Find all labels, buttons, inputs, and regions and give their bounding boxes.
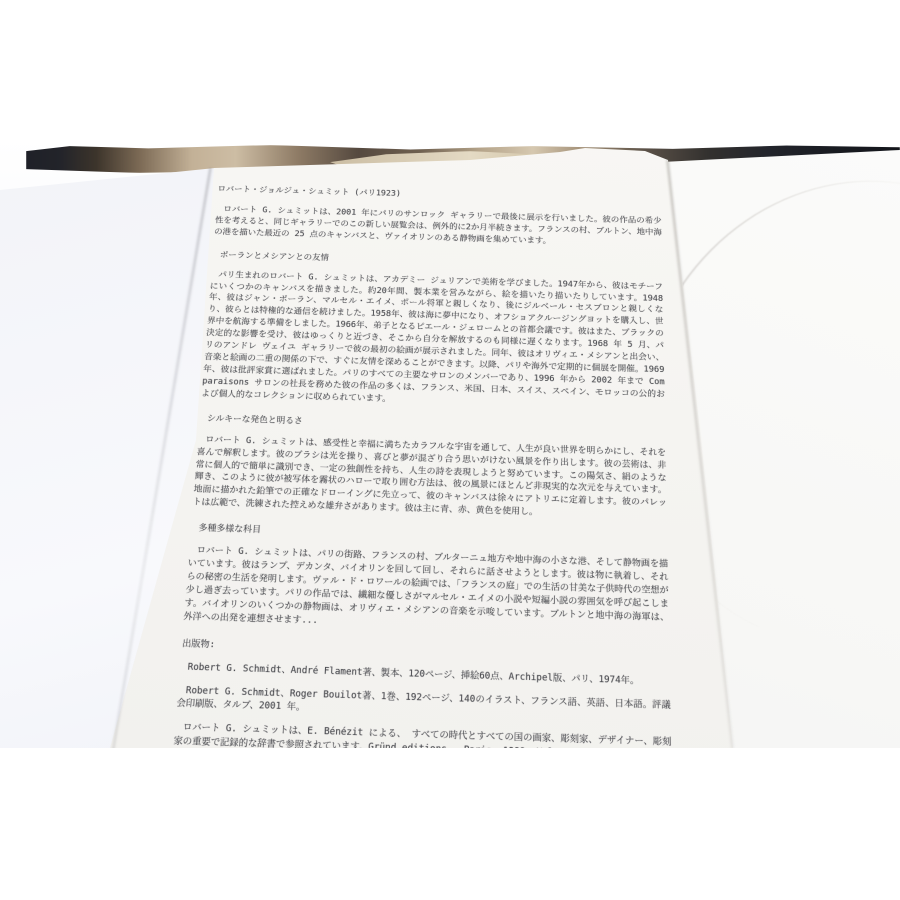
document-text: ロバート・ジョルジュ・シュミット (パリ1923) ロバート G. シュミットは… xyxy=(172,184,672,748)
photo-area: ロバート・ジョルジュ・シュミット (パリ1923) ロバート G. シュミットは… xyxy=(0,138,900,748)
paragraph-subjects: ロバート G. シュミットは、パリの街路、フランスの村、ブルターニュ地方や地中海… xyxy=(183,544,670,638)
paragraph-reference: ロバート G. シュミットは、E. Bénézit による、 すべての時代とすべ… xyxy=(173,721,672,748)
section-heading-color: シルキーな発色と明るさ xyxy=(199,413,666,439)
publication-entry-1: Robert G. Schmidt、André Flament著、製本、120ペ… xyxy=(179,660,671,689)
section-heading-publications: 出版物: xyxy=(181,637,670,665)
paragraph-intro: ロバート G. シュミットは、2001 年にパリのサンロック ギャラリーで最後に… xyxy=(214,204,662,250)
paragraph-biography: パリ生まれのロバート G. シュミットは、アカデミー ジュリアンで美術を学びまし… xyxy=(201,269,665,413)
publication-entry-2: Robert G. Schmidt、Roger Bouilot著、1巻、192ペ… xyxy=(176,684,671,727)
section-heading-friendship: ポーランとメシアンとの友情 xyxy=(212,249,663,273)
paragraph-style: ロバート G. シュミットは、感受性と幸福に満ちたカラフルな宇宙を通して、人生が… xyxy=(192,434,667,524)
section-heading-subjects: 多種多様な科目 xyxy=(190,522,668,549)
